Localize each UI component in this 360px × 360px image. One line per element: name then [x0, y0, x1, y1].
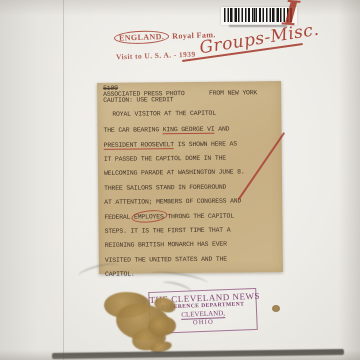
paper-edge-shadow-bottom: [0, 350, 360, 360]
red-underlined-phrase: KING GEORGE VI: [163, 126, 215, 135]
origin-city: FROM NEW YORK: [209, 90, 257, 97]
caption-title: ROYAL VISITOR AT THE CAPITOL: [112, 109, 281, 118]
caption-slip: 5109 ASSOCIATED PRESS PHOTO FROM NEW YOR…: [97, 81, 283, 274]
stain-spot: [272, 305, 280, 312]
red-underlined-phrase: PRESIDENT ROOSEVELT: [104, 141, 174, 150]
caution-line: CAUTION: USE CREDIT: [103, 96, 281, 104]
paper-edge-shadow-right: [338, 0, 360, 360]
paper-edge-shadow-top: [0, 0, 360, 16]
red-circled-phrase: EMPLOYES: [134, 213, 164, 220]
paper-edge-shadow-left: [0, 0, 70, 360]
caption-body: THE CAR BEARING KING GEORGE VI ANDPRESID…: [103, 122, 283, 282]
caption-header: 5109 ASSOCIATED PRESS PHOTO FROM NEW YOR…: [103, 84, 281, 104]
photo-back-scan: I ENGLAND.Royal Fam. Visit to U. S. A. -…: [0, 0, 360, 360]
paper-crease: [63, 0, 64, 360]
